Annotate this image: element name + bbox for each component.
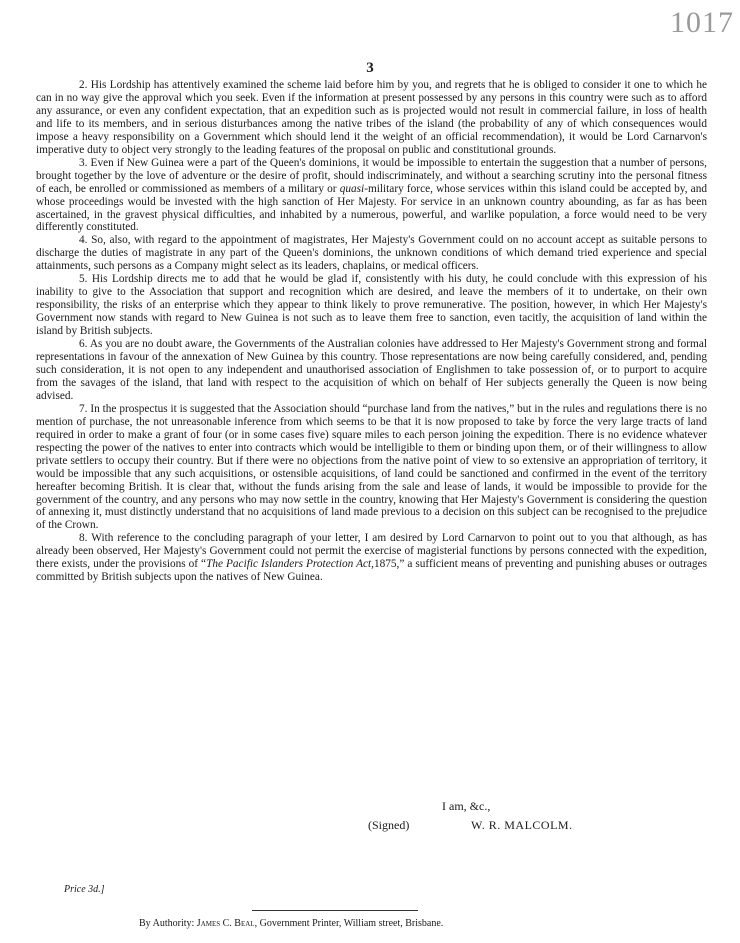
paragraph-3: 3. Even if New Guinea were a part of the… [36, 157, 707, 235]
imprint-suffix: , Government Printer, William street, Br… [255, 918, 444, 929]
paragraph-number: 5. [79, 273, 87, 285]
imprint-printer: James C. Beal [197, 918, 255, 929]
printer-imprint: By Authority: James C. Beal, Government … [139, 918, 443, 929]
paragraph-number: 3. [79, 157, 87, 169]
closing-salutation: I am, &c., [442, 799, 490, 814]
paragraph-6: 6. As you are no doubt aware, the Govern… [36, 338, 707, 403]
paragraph-text: In the prospectus it is suggested that t… [36, 403, 707, 532]
paragraph-2: 2. His Lordship has attentively examined… [36, 79, 707, 157]
signer-name: W. R. MALCOLM. [471, 818, 573, 833]
act-title: The Pacific Islanders Protection Act, [206, 558, 374, 570]
signed-label: (Signed) [368, 818, 409, 833]
paragraph-number: 8. [79, 532, 87, 544]
paragraph-text: His Lordship directs me to add that he w… [36, 273, 707, 337]
italic-term: quasi [340, 183, 364, 195]
paragraph-8: 8. With reference to the concluding para… [36, 532, 707, 584]
paragraph-text: As you are no doubt aware, the Governmen… [36, 338, 707, 402]
imprint-prefix: By Authority: [139, 918, 194, 929]
paragraph-number: 7. [79, 403, 87, 415]
paragraph-number: 6. [79, 338, 87, 350]
footer-divider [252, 910, 418, 911]
letter-body: 2. His Lordship has attentively examined… [36, 79, 707, 584]
paragraph-number: 4. [79, 234, 87, 246]
paragraph-text: His Lordship has attentively examined th… [36, 79, 707, 156]
paragraph-text: So, also, with regard to the appointment… [36, 234, 707, 272]
paragraph-5: 5. His Lordship directs me to add that h… [36, 273, 707, 338]
paragraph-4: 4. So, also, with regard to the appointm… [36, 234, 707, 273]
page-stamp-number: 1017 [670, 6, 734, 40]
paragraph-7: 7. In the prospectus it is suggested tha… [36, 403, 707, 533]
price-note: Price 3d.] [64, 884, 105, 895]
paragraph-number: 2. [79, 79, 87, 91]
page-number: 3 [0, 60, 740, 77]
